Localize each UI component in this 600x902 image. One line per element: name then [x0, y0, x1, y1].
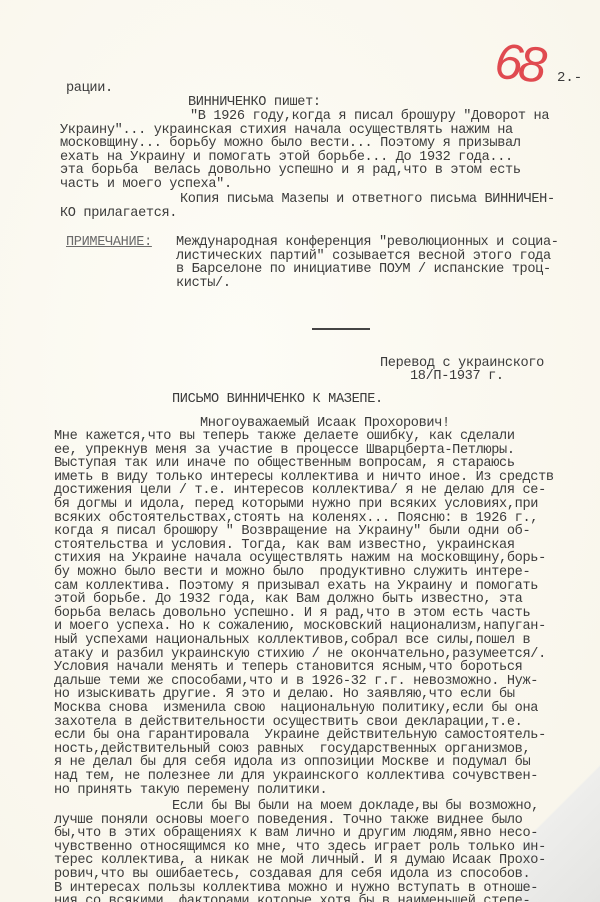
- letter-line: ный успехами национальных коллективов,со…: [54, 634, 530, 648]
- page-number: 2.-: [557, 70, 582, 86]
- letter-line: над тем, не полезнее ли для украинского …: [54, 770, 538, 784]
- continuation-text: рации.: [66, 82, 113, 96]
- letter-line: Мне кажется,что вы теперь также делаете …: [54, 430, 515, 444]
- translation-date: 18/П-1937 г.: [410, 370, 504, 384]
- letter-line: но принять такую перемену политики.: [54, 784, 327, 798]
- letter-line: Если бы Вы были на моем докладе,вы бы во…: [172, 800, 539, 814]
- letter-line: бу можно было вести и можно было продукт…: [54, 566, 530, 580]
- quote-line: часть и моего успеха".: [60, 178, 232, 192]
- letter-line: рович,что вы ошибаетесь, создавая для се…: [54, 868, 530, 882]
- note-line: Международная конференция "революционных…: [176, 236, 559, 250]
- attachment-line: Копия письма Мазепы и ответного письма В…: [180, 193, 555, 207]
- letter-line: ния со всякими факторами,которые хотя бы…: [54, 895, 530, 902]
- section-heading: ВИННИЧЕНКО пишет:: [188, 96, 321, 110]
- attachment-line: КО прилагается.: [60, 207, 177, 221]
- letter-title: ПИСЬМО ВИННИЧЕНКО К МАЗЕПЕ.: [172, 393, 383, 407]
- note-line: кисты/.: [176, 277, 231, 291]
- archive-folio-number: 68: [493, 36, 546, 91]
- page-fold-shadow: [520, 732, 600, 902]
- divider-rule: [312, 328, 370, 330]
- letter-line: Москва снова изменила свою национальную …: [54, 702, 538, 716]
- note-label: ПРИМЕЧАНИЕ:: [66, 236, 152, 250]
- letter-line: бя догмы и идола, перед которыми нужно п…: [54, 498, 538, 512]
- note-line: в Барселоне по инициативе ПОУМ / испанск…: [176, 263, 551, 277]
- quote-line: "В 1926 году,когда я писал брошуру "Дово…: [190, 110, 549, 124]
- document-page: 68 2.- рации. ВИННИЧЕНКО пишет: "В 1926 …: [0, 0, 600, 902]
